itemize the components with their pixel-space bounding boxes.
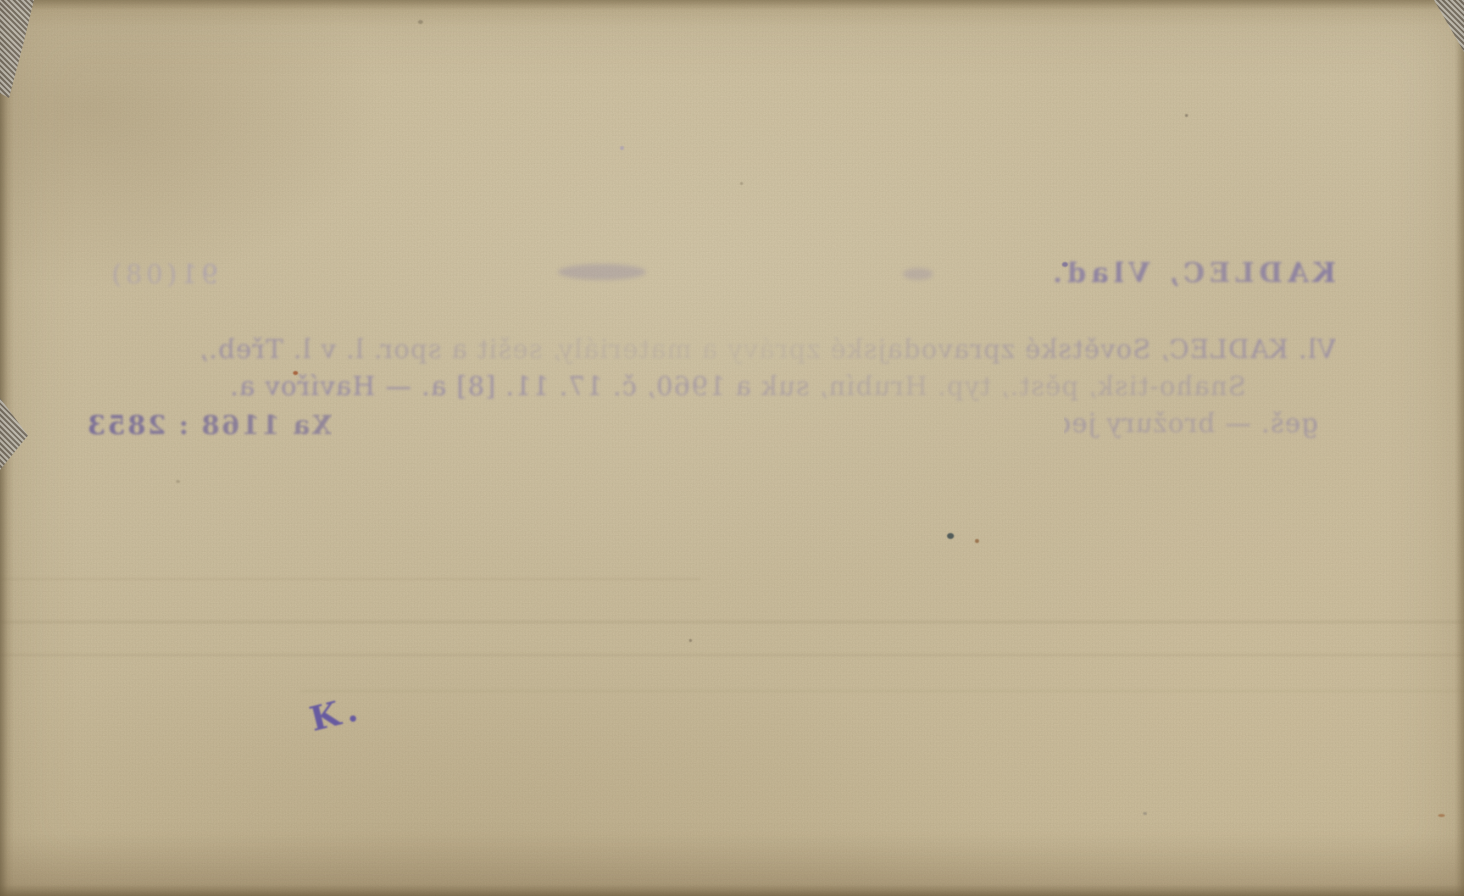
paper-speck (1438, 814, 1445, 817)
paper-speck (176, 480, 180, 483)
crease-line (0, 578, 700, 580)
card-edge-shadow-bottom (0, 884, 1464, 896)
paper-speck (947, 533, 954, 539)
crease-line (300, 690, 1464, 692)
crease-line (0, 654, 1464, 656)
paper-grain-texture (0, 0, 1464, 896)
paper-speck (620, 146, 624, 150)
card-edge-shadow-right (1455, 0, 1464, 896)
paper-speck (293, 371, 298, 375)
paper-fiber-striation (0, 0, 1464, 896)
card-edge-shadow-top (0, 0, 1464, 10)
scan-hatch-artifact-top-right (1434, 0, 1464, 52)
paper-speck (740, 182, 743, 185)
header-mid-smudge (558, 264, 646, 280)
scan-hatch-artifact-top-left (0, 0, 36, 98)
bleed-through-layer: 91(08)KADLEC, Vlad.Vl. KADLEC, Sovětské … (0, 0, 1464, 896)
paper-speck (1062, 262, 1068, 267)
paper-speck (1143, 812, 1147, 815)
card-edge-shadow-left (0, 0, 14, 896)
heading: KADLEC, Vlad. (1030, 258, 1336, 289)
para-line-2: Snaho-tisk, pěst., typ. Hrubín, suk a 19… (138, 373, 1246, 403)
call-number: 91(08) (86, 261, 218, 291)
ink-stamp-mark: K. (306, 688, 367, 740)
scan-hatch-artifact-left-notch (0, 398, 28, 470)
paper-speck (418, 20, 423, 24)
paper-speck (975, 539, 979, 543)
paper-speck (689, 639, 692, 642)
para-line-3: geš. — brožury jednotl. (1064, 410, 1318, 440)
paper-speck (1185, 114, 1188, 117)
crease-line (0, 621, 1464, 623)
catalog-card-back: 91(08)KADLEC, Vlad.Vl. KADLEC, Sovětské … (0, 0, 1464, 896)
shelf-number: Xa 1168 : 2853 (82, 412, 332, 442)
header-mid-smudge-2 (903, 268, 933, 280)
para-line-1: Vl. KADLEC, Sovětské zpravodajské zprávy… (72, 336, 1336, 366)
